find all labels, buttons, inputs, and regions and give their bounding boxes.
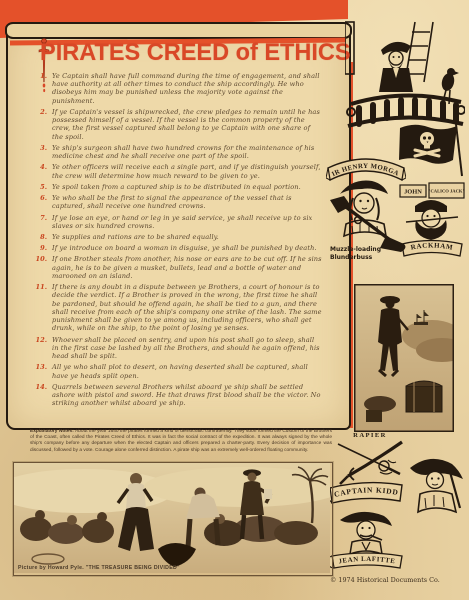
item-text: If ye lose an eye, or hand or leg in ye …: [52, 214, 322, 230]
jean-lafitte-illustration: JEAN LAFITTE: [326, 504, 406, 574]
creed-item: 11.If there is any doubt in a dispute be…: [34, 283, 322, 332]
item-text: If there is any doubt in a dispute betwe…: [52, 283, 322, 332]
creed-item: 10.If one Brother steals from another, h…: [34, 255, 322, 280]
creed-item: 13.All ye who shall plot to desert, on h…: [34, 363, 322, 379]
rackham-banner-calico: "CALICO JACK": [428, 189, 466, 194]
item-text: Ye who shall be the first to signal the …: [52, 194, 322, 210]
jean-lafitte-portrait: [340, 512, 392, 554]
item-number: 13.: [34, 363, 47, 379]
item-number: 12.: [34, 336, 47, 361]
creed-list: 1.Ye Captain shall have full command dur…: [34, 72, 322, 410]
explanatory-notes: Explanatory Notes: About the year 1640 t…: [30, 429, 332, 454]
item-text: Ye supplies and rations are to be shared…: [52, 233, 219, 241]
item-text: Quarrels between several Brothers whilst…: [52, 383, 322, 408]
item-text: Ye ship's surgeon shall have two hundred…: [52, 144, 322, 160]
item-number: 8.: [34, 233, 47, 241]
rapier-label: RAPIER: [353, 432, 387, 439]
photo-caption: Picture by Howard Pyle. "THE TREASURE BE…: [18, 565, 180, 571]
creed-item: 9.If ye introduce on board a woman in di…: [34, 244, 322, 252]
page-title: PIRATES CREED of ETHICS: [40, 39, 351, 67]
scroll-top-roll: [5, 22, 352, 39]
item-number: 9.: [34, 244, 47, 252]
creed-item: 1.Ye Captain shall have full command dur…: [34, 72, 322, 105]
item-number: 10.: [34, 255, 47, 280]
creed-item: 5.Ye spoil taken from a captured ship is…: [34, 183, 322, 191]
item-number: 11.: [34, 283, 47, 332]
item-number: 5.: [34, 183, 47, 191]
creed-item: 2.If ye Captain's vessel is shipwrecked,…: [34, 108, 322, 141]
creed-item: 3.Ye ship's surgeon shall have two hundr…: [34, 144, 322, 160]
creed-item: 14.Quarrels between several Brothers whi…: [34, 383, 322, 408]
rackham-portrait: JOHN "CALICO JACK" RACKHAM: [398, 182, 466, 262]
captain-kidd-portrait: [410, 459, 463, 512]
notes-label: Explanatory Notes:: [30, 429, 74, 434]
creed-scroll: PIRATES CREED of ETHICS 1.Ye Captain sha…: [6, 24, 351, 430]
treasure-photo-scene: [14, 463, 330, 573]
tricorn-hat-icon: [340, 181, 388, 194]
creed-item: 12.Whoever shall be placed on sentry, an…: [34, 336, 322, 361]
jolly-roger-flag-icon: [396, 120, 464, 178]
blunderbuss-label: Muzzle-loading Blunderbuss: [330, 246, 384, 261]
item-text: Whoever shall be placed on sentry, and u…: [52, 336, 322, 361]
item-number: 6.: [34, 194, 47, 210]
item-text: If ye Captain's vessel is shipwrecked, t…: [52, 108, 322, 141]
item-number: 1.: [34, 72, 47, 105]
item-text: Ye Captain shall have full command durin…: [52, 72, 322, 105]
item-text: Ye spoil taken from a captured ship is t…: [52, 183, 301, 191]
item-number: 4.: [34, 163, 47, 179]
item-number: 7.: [34, 214, 47, 230]
treasure-photo: Picture by Howard Pyle. "THE TREASURE BE…: [13, 462, 333, 576]
creed-item: 4.Ye other officers will receive each a …: [34, 163, 322, 179]
item-number: 3.: [34, 144, 47, 160]
item-text: If ye introduce on board a woman in disg…: [52, 244, 317, 252]
item-number: 14.: [34, 383, 47, 408]
treasure-guard-picture: [354, 284, 454, 432]
creed-item: 7.If ye lose an eye, or hand or leg in y…: [34, 214, 322, 230]
treasure-chest-icon: [406, 381, 442, 412]
rackham-banner-john: JOHN: [404, 189, 422, 196]
poster: PIRATES CREED of ETHICS 1.Ye Captain sha…: [0, 0, 469, 600]
notes-text: About the year 1640 the pirates formed a…: [30, 429, 332, 453]
creed-item: 8.Ye supplies and rations are to be shar…: [34, 233, 322, 241]
copyright-text: © 1974 Historical Documents Co.: [330, 576, 466, 584]
item-text: All ye who shall plot to desert, on havi…: [52, 363, 322, 379]
item-text: If one Brother steals from another, his …: [52, 255, 322, 280]
item-text: Ye other officers will receive each a si…: [52, 163, 322, 179]
creed-item: 6.Ye who shall be the first to signal th…: [34, 194, 322, 210]
item-number: 2.: [34, 108, 47, 141]
